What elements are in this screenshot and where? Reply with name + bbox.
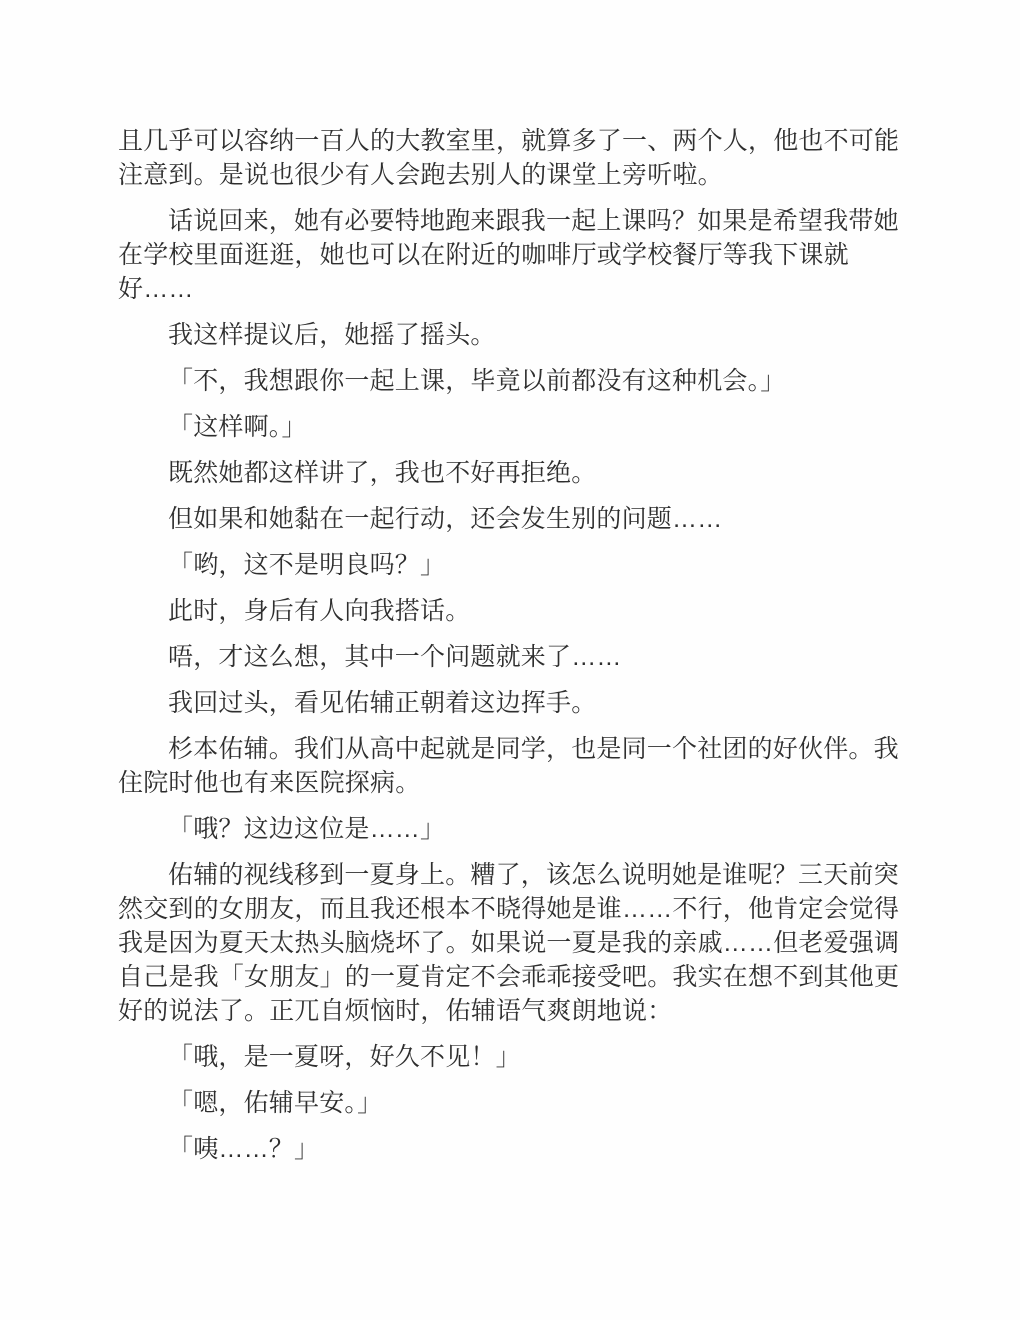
paragraph: 且几乎可以容纳一百人的大教室里，就算多了一、两个人，他也不可能注意到。是说也很少…	[118, 124, 902, 192]
paragraph: 但如果和她黏在一起行动，还会发生别的问题……	[118, 502, 902, 536]
paragraph: 话说回来，她有必要特地跑来跟我一起上课吗？如果是希望我带她在学校里面逛逛，她也可…	[118, 204, 902, 306]
page-content: 且几乎可以容纳一百人的大教室里，就算多了一、两个人，他也不可能注意到。是说也很少…	[118, 124, 902, 1178]
paragraph: 此时，身后有人向我搭话。	[118, 594, 902, 628]
paragraph-dialogue: 「嗯，佑辅早安。」	[118, 1086, 902, 1120]
paragraph: 唔，才这么想，其中一个问题就来了……	[118, 640, 902, 674]
paragraph: 我回过头，看见佑辅正朝着这边挥手。	[118, 686, 902, 720]
paragraph-dialogue: 「哦？这边这位是……」	[118, 812, 902, 846]
paragraph: 佑辅的视线移到一夏身上。糟了，该怎么说明她是谁呢？三天前突然交到的女朋友，而且我…	[118, 858, 902, 1028]
paragraph-dialogue: 「哦，是一夏呀，好久不见！」	[118, 1040, 902, 1074]
paragraph-dialogue: 「不，我想跟你一起上课，毕竟以前都没有这种机会。」	[118, 364, 902, 398]
paragraph-dialogue: 「哟，这不是明良吗？」	[118, 548, 902, 582]
paragraph: 我这样提议后，她摇了摇头。	[118, 318, 902, 352]
paragraph: 既然她都这样讲了，我也不好再拒绝。	[118, 456, 902, 490]
paragraph-dialogue: 「咦……？」	[118, 1132, 902, 1166]
paragraph-dialogue: 「这样啊。」	[118, 410, 902, 444]
paragraph: 杉本佑辅。我们从高中起就是同学，也是同一个社团的好伙伴。我住院时他也有来医院探病…	[118, 732, 902, 800]
novel-reader-page: { "page": { "background_color": "#fefefe…	[0, 0, 1020, 1320]
